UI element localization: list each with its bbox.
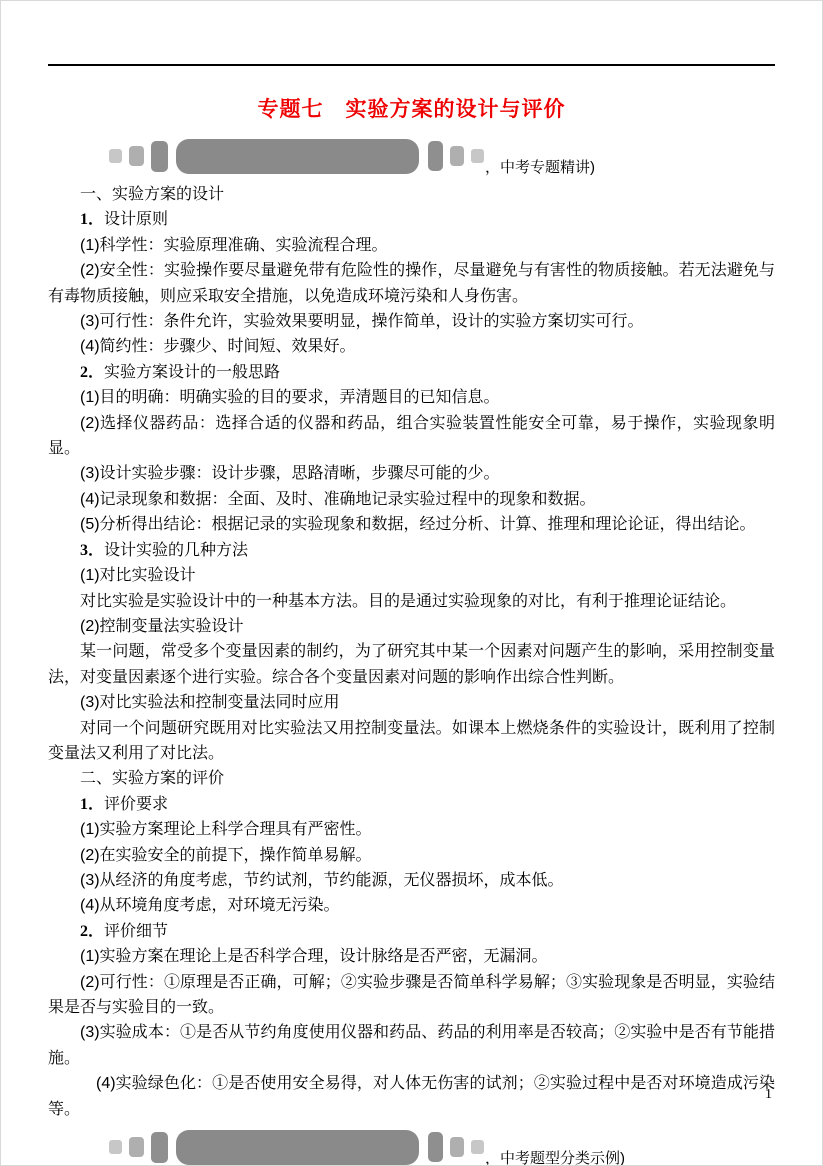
banner-bar-icon: [129, 1137, 144, 1157]
page-number: 1: [765, 1087, 772, 1103]
paragraph: (2)在实验安全的前提下，操作简单易解。: [48, 843, 775, 868]
banner-pill-icon: [176, 139, 419, 174]
paragraph: (4)记录现象和数据：全面、及时、准确地记录实验过程中的现象和数据。: [48, 487, 775, 512]
heading-number: 2．: [80, 364, 104, 381]
paragraph: (3)可行性：条件允许，实验效果要明显，操作简单，设计的实验方案切实可行。: [48, 309, 775, 334]
decorative-banner-top: ，中考专题精讲): [1, 138, 822, 174]
paragraph: (4)简约性：步骤少、时间短、效果好。: [48, 334, 775, 359]
banner-bar-icon: [471, 1140, 484, 1154]
heading-number: 3．: [80, 542, 104, 559]
paragraph: 二、实验方案的评价: [48, 766, 775, 791]
banner-bar-icon: [151, 141, 168, 172]
banner-bar-icon: [109, 149, 122, 163]
paragraph: (5)分析得出结论：根据记录的实验现象和数据，经过分析、计算、推理和理论论证，得…: [48, 512, 775, 537]
paragraph: 某一问题，常受多个变量因素的制约，为了研究其中某一个因素对问题产生的影响，采用控…: [48, 639, 775, 690]
banner-label-top: ，中考专题精讲): [485, 160, 595, 176]
banner-bar-icon: [129, 146, 144, 166]
paragraph: (3)对比实验法和控制变量法同时应用: [48, 690, 775, 715]
paragraph: (1)对比实验设计: [48, 563, 775, 588]
banner-bar-icon: [450, 1137, 464, 1157]
banner-bar-icon: [428, 141, 443, 171]
paragraph: (3)从经济的角度考虑，节约试剂，节约能源，无仪器损坏，成本低。: [48, 868, 775, 893]
paragraph: (4)从环境角度考虑，对环境无污染。: [48, 893, 775, 918]
banner-bar-icon: [109, 1140, 122, 1154]
paragraph: (3)实验成本：①是否从节约角度使用仪器和药品、药品的利用率是否较高；②实验中是…: [48, 1020, 775, 1071]
content: 一、实验方案的设计1．设计原则(1)科学性：实验原理准确、实验流程合理。(2)安…: [48, 182, 775, 1122]
banner-bar-icon: [450, 146, 464, 166]
heading-number: 1．: [80, 796, 104, 813]
numbered-heading: 1．设计原则: [48, 207, 775, 232]
heading-number: 1．: [80, 211, 104, 228]
paragraph: 一、实验方案的设计: [48, 182, 775, 207]
numbered-heading: 3．设计实验的几种方法: [48, 538, 775, 563]
paragraph: 对比实验是实验设计中的一种基本方法。目的是通过实验现象的对比，有利于推理论证结论…: [48, 589, 775, 614]
banner-label-bottom: ，中考题型分类示例): [485, 1151, 625, 1166]
paragraph: (1)科学性：实验原理准确、实验流程合理。: [48, 233, 775, 258]
page-title: 专题七 实验方案的设计与评价: [1, 93, 822, 123]
banner-bar-icon: [428, 1132, 443, 1162]
paragraph: (1)目的明确：明确实验的目的要求，弄清题目的已知信息。: [48, 385, 775, 410]
document-page: { "page": { "title": "专题七 实验方案的设计与评价", "…: [0, 0, 823, 1166]
header-rule: [48, 64, 775, 66]
paragraph: 对同一个问题研究既用对比实验法又用控制变量法。如课本上燃烧条件的实验设计，既利用…: [48, 716, 775, 767]
paragraph: (2)安全性：实验操作要尽量避免带有危险性的操作，尽量避免与有害性的物质接触。若…: [48, 258, 775, 309]
numbered-heading: 2．评价细节: [48, 919, 775, 944]
heading-number: 2．: [80, 923, 104, 940]
paragraph: (2)可行性：①原理是否正确，可解；②实验步骤是否简单科学易解；③实验现象是否明…: [48, 970, 775, 1021]
paragraph: (1)实验方案在理论上是否科学合理，设计脉络是否严密，无漏洞。: [48, 944, 775, 969]
paragraph: (3)设计实验步骤：设计步骤，思路清晰，步骤尽可能的少。: [48, 461, 775, 486]
paragraph: (1)实验方案理论上科学合理具有严密性。: [48, 817, 775, 842]
paragraph: (2)选择仪器药品：选择合适的仪器和药品，组合实验装置性能安全可靠，易于操作，实…: [48, 411, 775, 462]
decorative-banner-bottom: ，中考题型分类示例): [1, 1129, 822, 1165]
banner-bar-icon: [471, 149, 484, 163]
paragraph: (4)实验绿色化：①是否使用安全易得，对人体无伤害的试剂；②实验过程中是否对环境…: [48, 1071, 775, 1122]
numbered-heading: 2．实验方案设计的一般思路: [48, 360, 775, 385]
banner-pill-icon: [176, 1130, 419, 1165]
paragraph: (2)控制变量法实验设计: [48, 614, 775, 639]
banner-bar-icon: [151, 1132, 168, 1163]
numbered-heading: 1．评价要求: [48, 792, 775, 817]
